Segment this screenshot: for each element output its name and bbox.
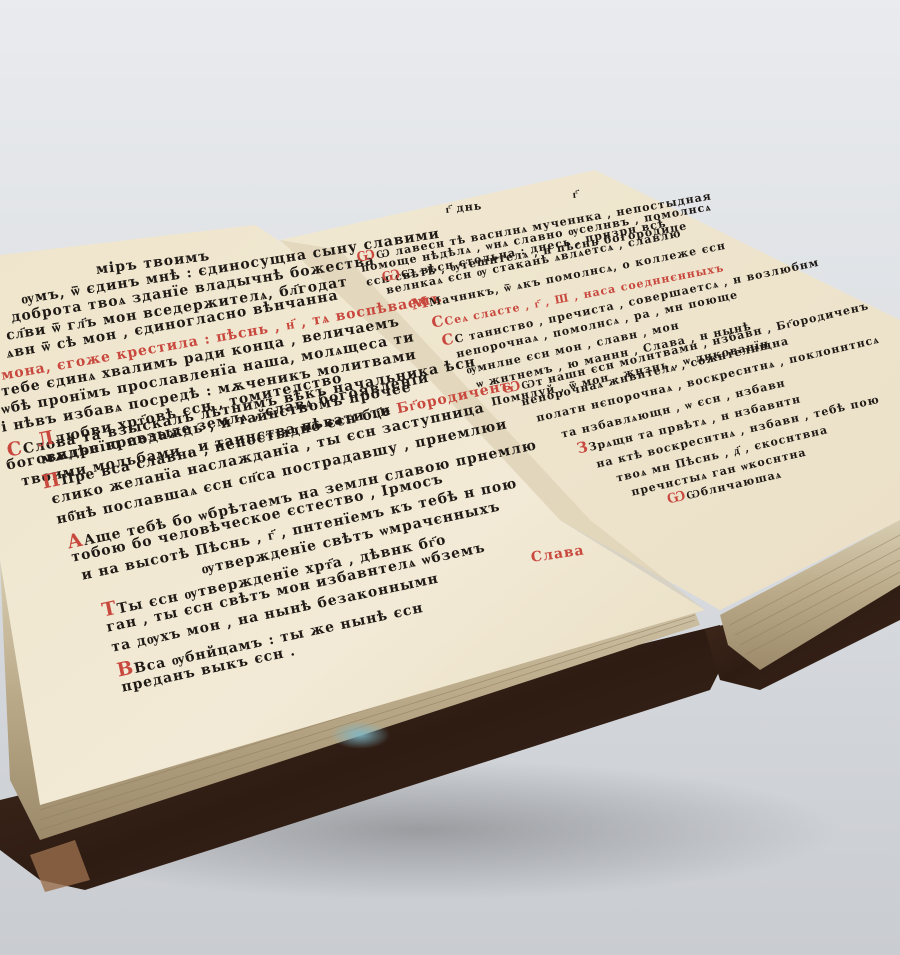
photo-scene: міръ твоимъ ѹмъ, ѿ єдинъ мнѣ : єдиносущн… [0,0,900,955]
book-illustration [0,0,900,955]
blue-stain [330,721,390,749]
